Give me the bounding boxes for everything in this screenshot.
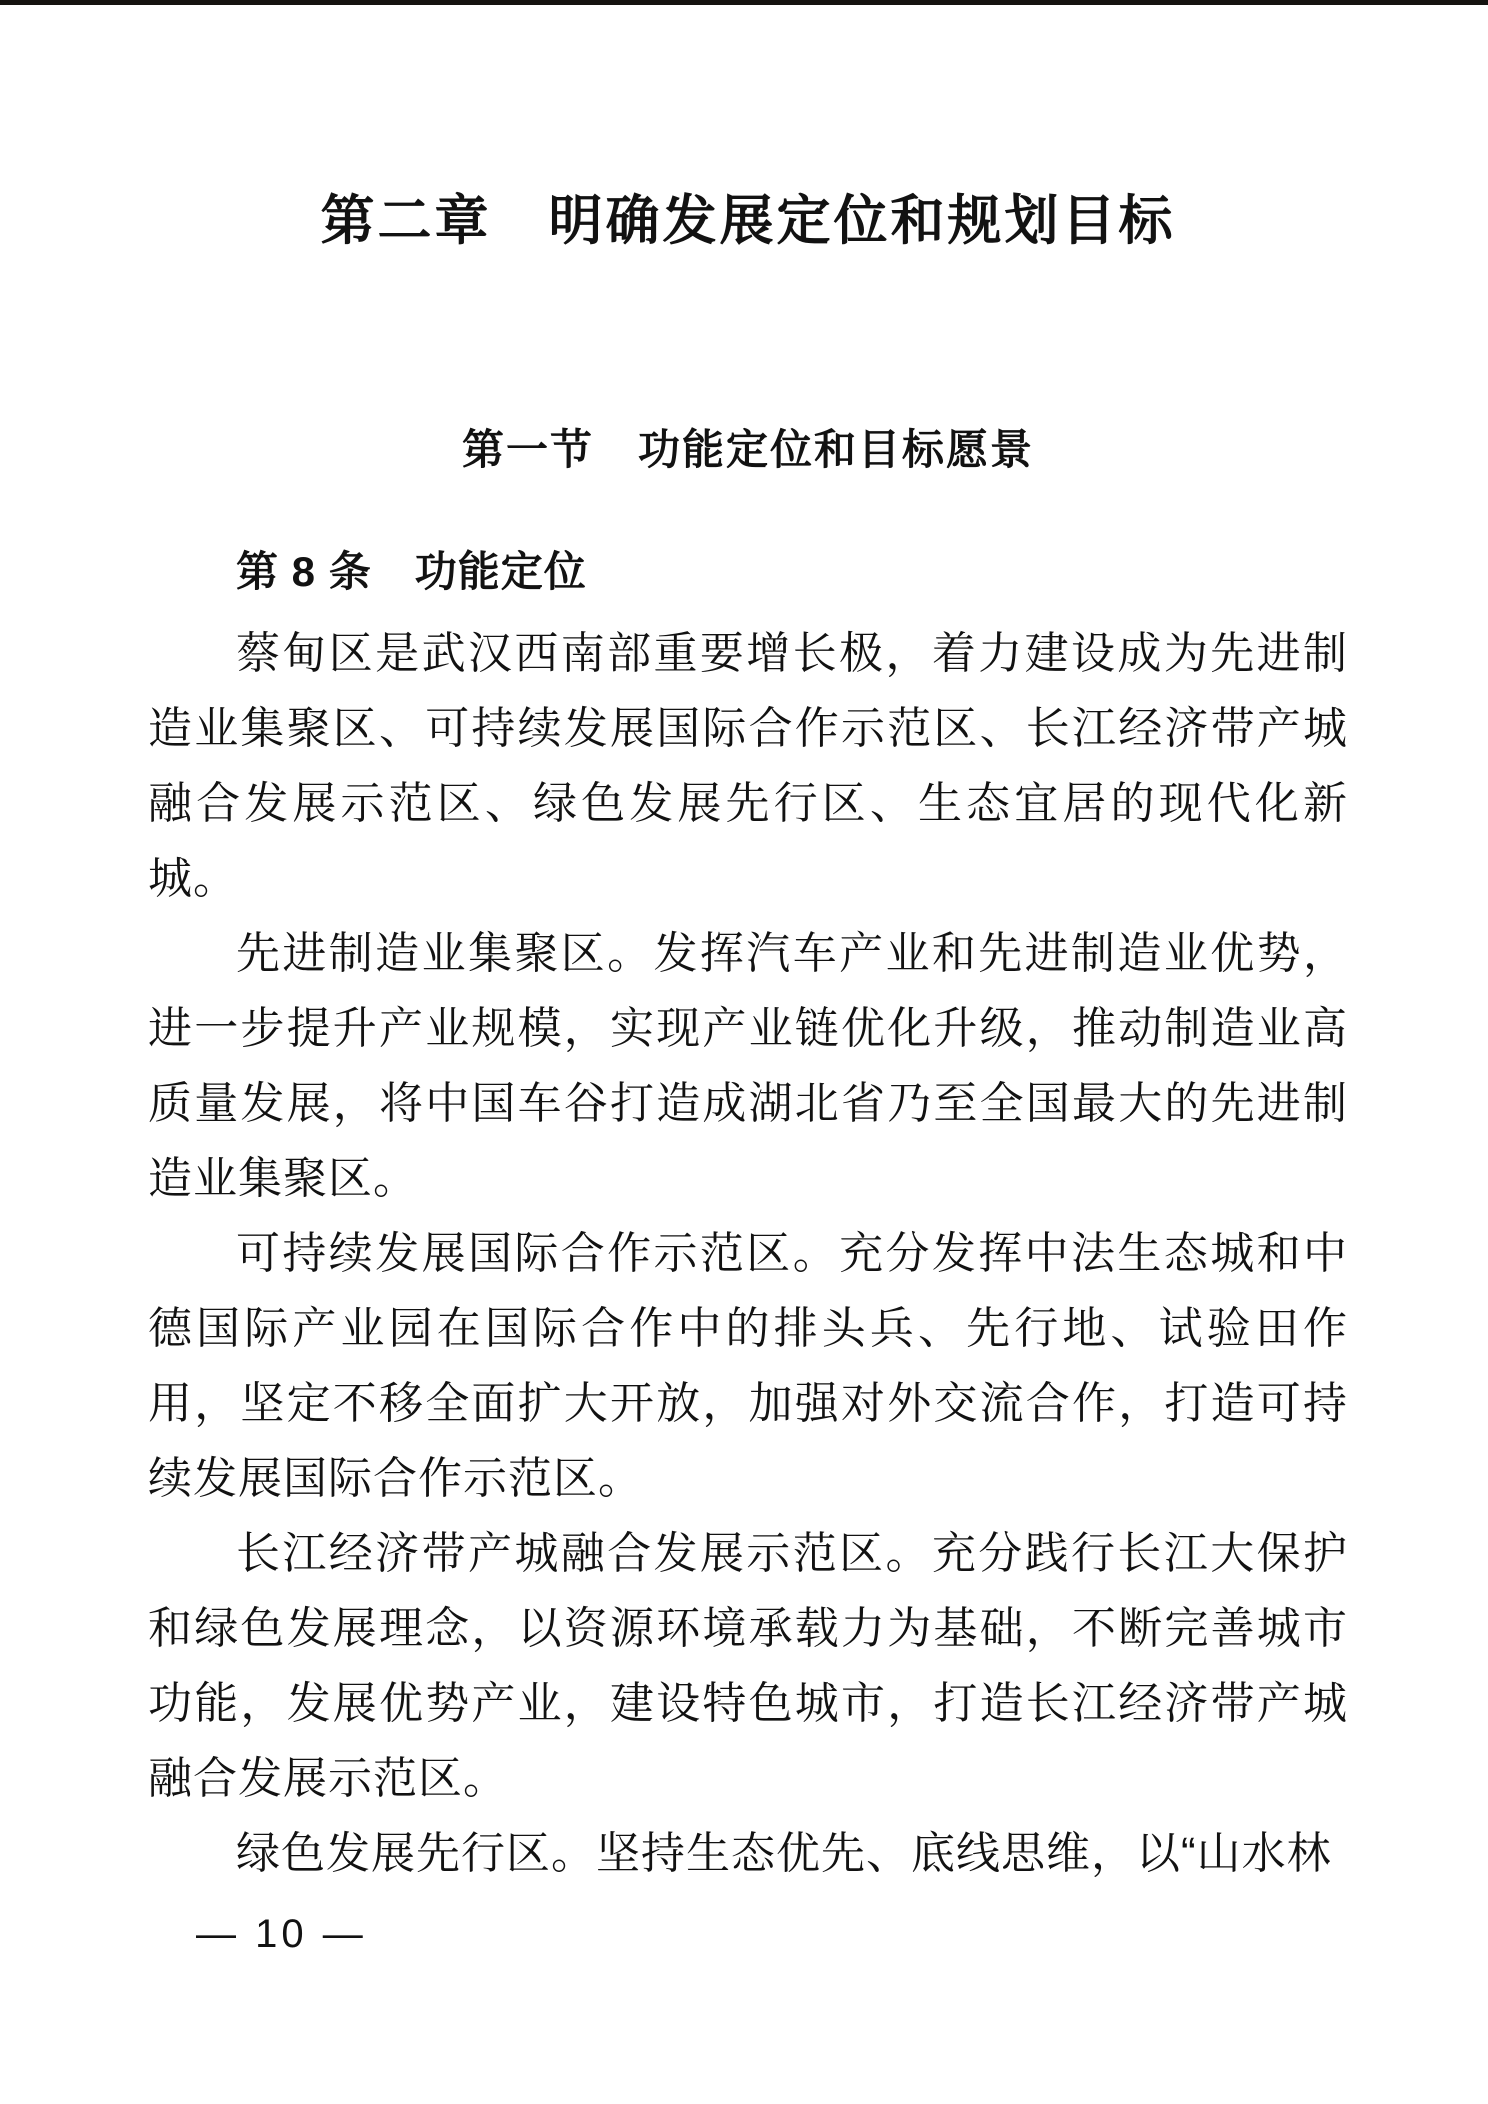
paragraph-international-cooperation: 可持续发展国际合作示范区。充分发挥中法生态城和中德国际产业园在国际合作中的排头兵… <box>148 1216 1348 1516</box>
article-body: 蔡甸区是武汉西南部重要增长极，着力建设成为先进制造业集聚区、可持续发展国际合作示… <box>148 616 1348 1891</box>
section-title: 第一节 功能定位和目标愿景 <box>148 420 1348 480</box>
page-number: — 10 — <box>196 1908 367 1960</box>
document-page: 第二章 明确发展定位和规划目标 第一节 功能定位和目标愿景 第 8 条 功能定位… <box>0 0 1488 2104</box>
paragraph-green-development: 绿色发展先行区。坚持生态优先、底线思维，以“山水林 <box>148 1816 1348 1891</box>
paragraph-advanced-manufacturing: 先进制造业集聚区。发挥汽车产业和先进制造业优势，进一步提升产业规模，实现产业链优… <box>148 916 1348 1216</box>
article-heading: 第 8 条 功能定位 <box>148 542 1348 602</box>
paragraph-function-positioning: 蔡甸区是武汉西南部重要增长极，着力建设成为先进制造业集聚区、可持续发展国际合作示… <box>148 616 1348 916</box>
paragraph-yangtze-economic-belt: 长江经济带产城融合发展示范区。充分践行长江大保护和绿色发展理念，以资源环境承载力… <box>148 1516 1348 1816</box>
chapter-title: 第二章 明确发展定位和规划目标 <box>148 190 1348 252</box>
scan-edge-artifact <box>0 0 1488 5</box>
